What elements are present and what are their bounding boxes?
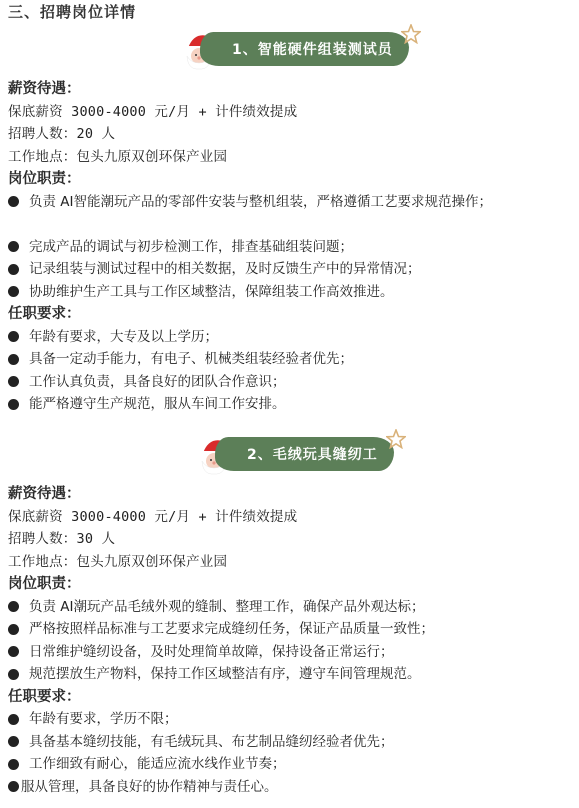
- section-title: 三、招聘岗位详情: [8, 1, 136, 22]
- location: 工作地点：包头九原双创环保产业园: [8, 551, 573, 574]
- bullet-icon: [8, 399, 19, 410]
- job-banner-1: 1、智能硬件组装测试员: [180, 30, 409, 68]
- duty-text: 负责 AI潮玩产品毛绒外观的缝制、整理工作，确保产品外观达标；: [29, 596, 425, 619]
- star-icon: [386, 429, 406, 449]
- duty-item: 协助维护生产工具与工作区域整洁，保障组装工作高效推进。: [8, 281, 573, 304]
- duty-item: 负责 AI智能潮玩产品的零部件安装与整机组装，严格遵循工艺要求规范操作；: [8, 191, 573, 236]
- requirement-item: 年龄有要求，学历不限；: [8, 708, 573, 731]
- salary-value: 保底薪资 3000-4000 元/月 + 计件绩效提成: [8, 101, 573, 124]
- salary-value: 保底薪资 3000-4000 元/月 + 计件绩效提成: [8, 506, 573, 529]
- requirement-text: 工作细致有耐心，能适应流水线作业节奏；: [29, 753, 286, 776]
- duty-text: 负责 AI智能潮玩产品的零部件安装与整机组装，严格遵循工艺要求规范操作；: [29, 191, 559, 214]
- bullet-icon: [8, 646, 19, 657]
- duties-heading: 岗位职责：: [8, 573, 573, 596]
- duty-text: 完成产品的调试与初步检测工作，排查基础组装问题；: [29, 236, 353, 259]
- duty-item: 完成产品的调试与初步检测工作，排查基础组装问题；: [8, 236, 573, 259]
- duty-item: 负责 AI潮玩产品毛绒外观的缝制、整理工作，确保产品外观达标；: [8, 596, 573, 619]
- requirements-heading: 任职要求：: [8, 686, 573, 709]
- requirement-text: 具备一定动手能力，有电子、机械类组装经验者优先；: [29, 348, 353, 371]
- job-title-2: 2、毛绒玩具缝纫工: [247, 444, 378, 464]
- bullet-icon: [8, 601, 19, 612]
- job-title-1: 1、智能硬件组装测试员: [232, 39, 393, 59]
- bullet-icon: [8, 714, 19, 725]
- duty-item: 记录组装与测试过程中的相关数据，及时反馈生产中的异常情况；: [8, 258, 573, 281]
- bullet-icon: [8, 286, 19, 297]
- location: 工作地点：包头九原双创环保产业园: [8, 146, 573, 169]
- duty-item: 日常维护缝纫设备，及时处理简单故障，保持设备正常运行；: [8, 641, 573, 664]
- bullet-icon: [8, 759, 19, 770]
- bullet-icon: [8, 376, 19, 387]
- requirement-text: 服从管理，具备良好的协作精神与责任心。: [21, 776, 278, 799]
- duty-text: 记录组装与测试过程中的相关数据，及时反馈生产中的异常情况；: [29, 258, 421, 281]
- requirement-item: 具备一定动手能力，有电子、机械类组装经验者优先；: [8, 348, 573, 371]
- duty-text: 规范摆放生产物料，保持工作区域整洁有序，遵守车间管理规范。: [29, 663, 421, 686]
- bullet-icon: [8, 264, 19, 275]
- headcount: 招聘人数：20 人: [8, 123, 573, 146]
- requirement-item: 能严格遵守生产规范，服从车间工作安排。: [8, 393, 573, 416]
- requirement-text: 工作认真负责，具备良好的团队合作意识；: [29, 371, 286, 394]
- requirements-heading: 任职要求：: [8, 303, 573, 326]
- bullet-icon: [8, 241, 19, 252]
- salary-heading: 薪资待遇：: [8, 483, 573, 506]
- bullet-icon: [8, 781, 19, 792]
- bullet-icon: [8, 331, 19, 342]
- bullet-icon: [8, 736, 19, 747]
- job-banner-pill: 1、智能硬件组装测试员: [200, 32, 409, 66]
- duty-text: 日常维护缝纫设备，及时处理简单故障，保持设备正常运行；: [29, 641, 394, 664]
- star-icon: [401, 24, 421, 44]
- requirement-item: 工作认真负责，具备良好的团队合作意识；: [8, 371, 573, 394]
- requirement-item: 工作细致有耐心，能适应流水线作业节奏；: [8, 753, 573, 776]
- duty-item: 严格按照样品标准与工艺要求完成缝纫任务，保证产品质量一致性；: [8, 618, 573, 641]
- duties-heading: 岗位职责：: [8, 168, 573, 191]
- salary-heading: 薪资待遇：: [8, 78, 573, 101]
- bullet-icon: [8, 354, 19, 365]
- duty-text: 协助维护生产工具与工作区域整洁，保障组装工作高效推进。: [29, 281, 394, 304]
- requirement-text: 能严格遵守生产规范，服从车间工作安排。: [29, 393, 286, 416]
- bullet-icon: [8, 669, 19, 680]
- bullet-icon: [8, 624, 19, 635]
- requirement-text: 年龄有要求，大专及以上学历；: [29, 326, 218, 349]
- requirement-text: 年龄有要求，学历不限；: [29, 708, 178, 731]
- requirement-item: 服从管理，具备良好的协作精神与责任心。: [8, 776, 573, 799]
- duty-text: 严格按照样品标准与工艺要求完成缝纫任务，保证产品质量一致性；: [29, 618, 434, 641]
- job-2-details: 薪资待遇： 保底薪资 3000-4000 元/月 + 计件绩效提成 招聘人数：3…: [8, 483, 573, 798]
- headcount: 招聘人数：30 人: [8, 528, 573, 551]
- job-1-details: 薪资待遇： 保底薪资 3000-4000 元/月 + 计件绩效提成 招聘人数：2…: [8, 78, 573, 416]
- requirement-item: 具备基本缝纫技能，有毛绒玩具、布艺制品缝纫经验者优先；: [8, 731, 573, 754]
- job-banner-2: 2、毛绒玩具缝纫工: [195, 435, 394, 473]
- job-banner-pill: 2、毛绒玩具缝纫工: [215, 437, 394, 471]
- requirement-text: 具备基本缝纫技能，有毛绒玩具、布艺制品缝纫经验者优先；: [29, 731, 394, 754]
- requirement-item: 年龄有要求，大专及以上学历；: [8, 326, 573, 349]
- duty-item: 规范摆放生产物料，保持工作区域整洁有序，遵守车间管理规范。: [8, 663, 573, 686]
- bullet-icon: [8, 196, 19, 207]
